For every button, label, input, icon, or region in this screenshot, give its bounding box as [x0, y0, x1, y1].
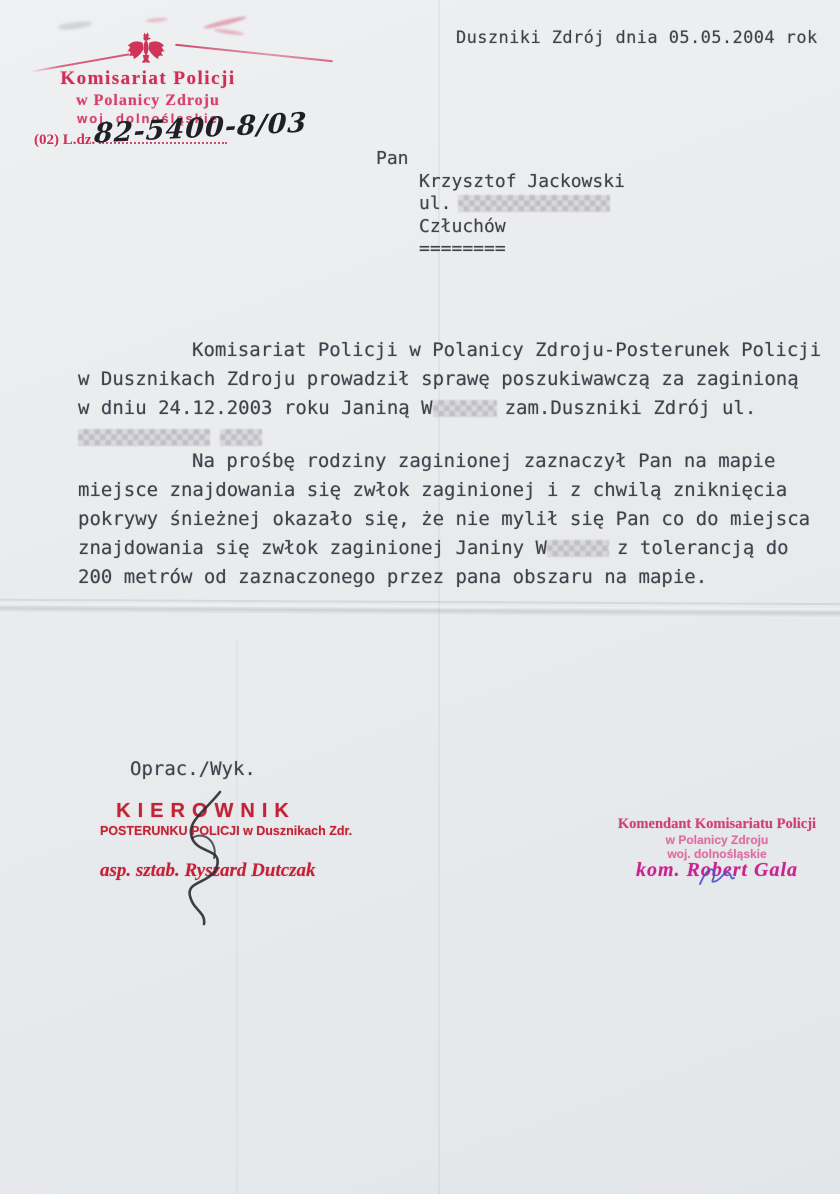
redaction-street [458, 195, 610, 212]
scanned-letter-page: Komisariat Policji w Polanicy Zdroju woj… [0, 0, 840, 1194]
letterhead-org-name: Komisariat Policji [28, 68, 268, 90]
recipient-underline: ======== [419, 238, 625, 261]
prepared-by-label: Oprac./Wyk. [130, 758, 256, 780]
polish-eagle-emblem-icon [124, 30, 172, 72]
right-stamp-title: Komendant Komisariatu Policji [612, 816, 822, 833]
right-stamp-location: w Polanicy Zdroju [612, 833, 822, 847]
redaction-surname [433, 400, 497, 417]
body-paragraph-1: Komisariat Policji w Polanicy Zdroju-Pos… [78, 336, 821, 452]
recipient-name: Krzysztof Jackowski [419, 171, 625, 194]
letterhead-org-location: w Polanicy Zdroju [28, 92, 268, 110]
body-text: z tolerancją do [617, 537, 789, 559]
redaction-address [78, 429, 210, 446]
body-text: Komisariat Policji w Polanicy Zdroju-Pos… [192, 339, 821, 361]
recipient-salutation: Pan [376, 148, 625, 171]
body-line: w dniu 24.12.2003 roku Janiną Wzam.Duszn… [78, 394, 821, 423]
reference-prefix: (02) L.dz. [34, 132, 95, 148]
body-line: miejsce znajdowania się zwłok zaginionej… [78, 476, 810, 505]
body-line: Komisariat Policji w Polanicy Zdroju-Pos… [78, 336, 821, 365]
red-ink-scuff [214, 28, 244, 36]
redaction-address [220, 429, 262, 446]
handwritten-signature-black [162, 786, 254, 928]
redaction-surname [547, 540, 609, 557]
reference-number-line: (02) L.dz. 82-5400-8/03 [34, 130, 314, 149]
right-official-stamp: Komendant Komisariatu Policji w Polanicy… [612, 816, 822, 882]
body-text: Na prośbę rodziny zaginionej zaznaczył P… [192, 450, 775, 472]
body-line: w Dusznikach Zdroju prowadził sprawę pos… [78, 365, 821, 394]
horizontal-fold-crease [0, 603, 840, 618]
recipient-city: Człuchów [419, 216, 625, 239]
body-paragraph-2: Na prośbę rodziny zaginionej zaznaczył P… [78, 447, 810, 592]
red-ink-scuff [146, 17, 168, 23]
body-line: znajdowania się zwłok zaginionej Janiny … [78, 534, 810, 563]
stamp-flourish-right [175, 44, 332, 63]
body-line: Na prośbę rodziny zaginionej zaznaczył P… [78, 447, 810, 476]
body-text: zam.Duszniki Zdrój ul. [505, 397, 757, 419]
body-text: znajdowania się zwłok zaginionej Janiny … [78, 537, 547, 559]
red-ink-scuff [203, 15, 247, 30]
body-line: 200 metrów od zaznaczonego przez pana ob… [78, 563, 810, 592]
recipient-block: Pan Krzysztof Jackowski ul. Człuchów ===… [376, 148, 625, 261]
handwritten-initials-blue [694, 862, 738, 890]
body-text: w dniu 24.12.2003 roku Janiną W [78, 397, 433, 419]
body-line: pokrywy śnieżnej okazało się, że nie myl… [78, 505, 810, 534]
recipient-street: ul. [419, 193, 625, 216]
street-prefix: ul. [419, 193, 452, 214]
left-official-stamp: KIEROWNIK POSTERUNKU POLICJI w Dusznikac… [100, 800, 312, 882]
dateline: Duszniki Zdrój dnia 05.05.2004 rok [456, 28, 818, 48]
gray-smudge [58, 20, 93, 31]
